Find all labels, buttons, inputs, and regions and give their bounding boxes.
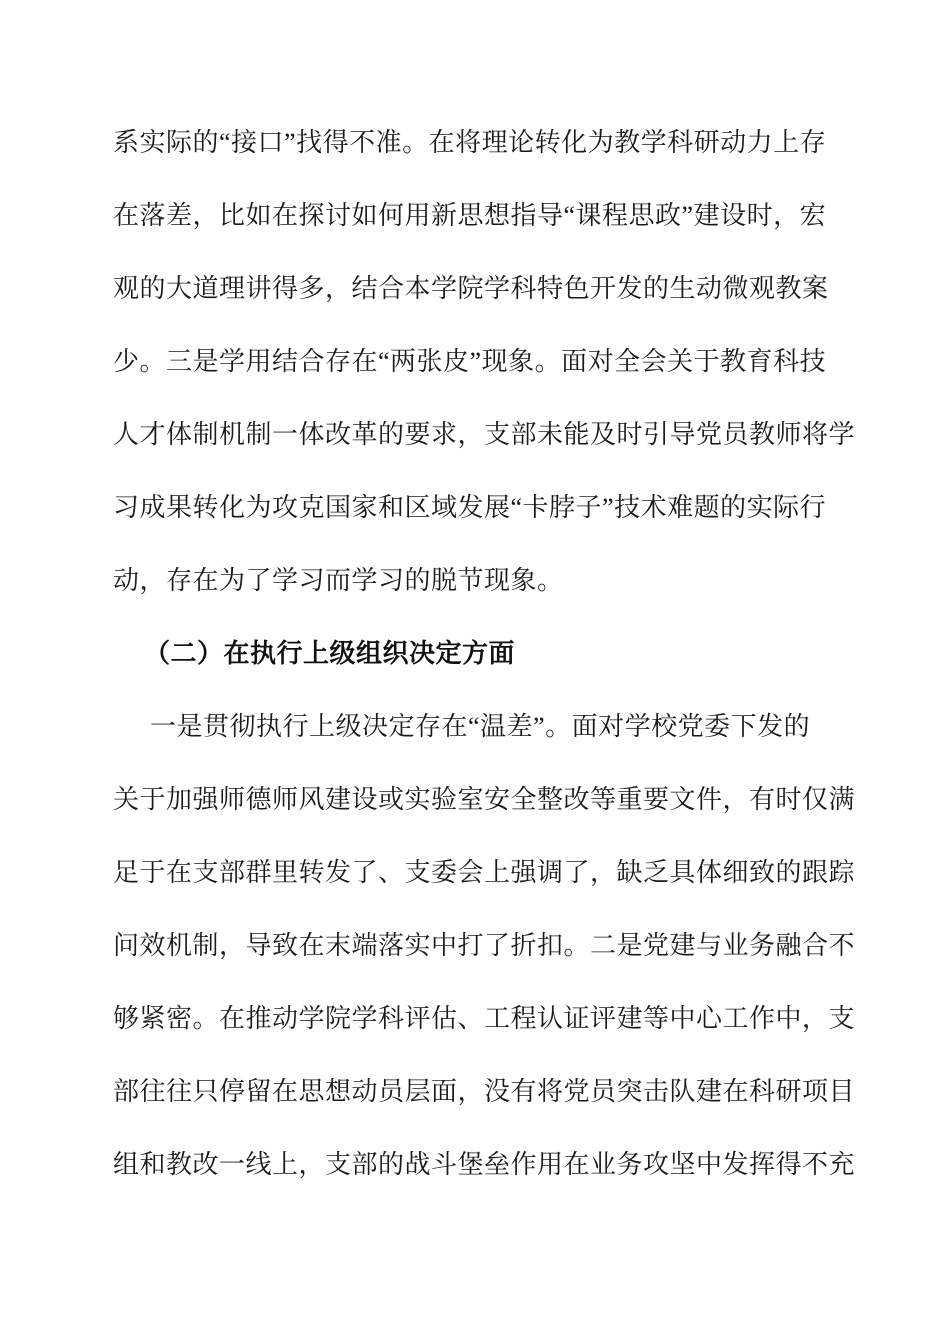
body-text-line: 观的大道理讲得多，结合本学院学科特色开发的生动微观教案	[113, 252, 853, 325]
body-text-line: 够紧密。在推动学院学科评估、工程认证评建等中心工作中，支	[113, 982, 853, 1055]
body-text-line: 一是贯彻执行上级决定存在“温差”。面对学校党委下发的	[113, 690, 853, 763]
body-text-line: 人才体制机制一体改革的要求，支部未能及时引导党员教师将学	[113, 398, 853, 471]
body-text-line: 习成果转化为攻克国家和区域发展“卡脖子”技术难题的实际行	[113, 471, 853, 544]
document-page: 系实际的“接口”找得不准。在将理论转化为教学科研动力上存 在落差，比如在探讨如何…	[0, 0, 950, 1344]
body-text-line: 系实际的“接口”找得不准。在将理论转化为教学科研动力上存	[113, 106, 853, 179]
section-heading: （二）在执行上级组织决定方面	[113, 617, 853, 690]
body-text-line: 少。三是学用结合存在“两张皮”现象。面对全会关于教育科技	[113, 325, 853, 398]
body-text-line: 问效机制，导致在末端落实中打了折扣。二是党建与业务融合不	[113, 909, 853, 982]
body-text-line: 关于加强师德师风建设或实验室安全整改等重要文件，有时仅满	[113, 763, 853, 836]
body-text-line: 在落差，比如在探讨如何用新思想指导“课程思政”建设时，宏	[113, 179, 853, 252]
body-text-line: 组和教改一线上，支部的战斗堡垒作用在业务攻坚中发挥得不充	[113, 1128, 853, 1201]
document-text-flow: 系实际的“接口”找得不准。在将理论转化为教学科研动力上存 在落差，比如在探讨如何…	[113, 106, 853, 1201]
body-text-line: 部往往只停留在思想动员层面，没有将党员突击队建在科研项目	[113, 1055, 853, 1128]
body-text-line: 足于在支部群里转发了、支委会上强调了，缺乏具体细致的跟踪	[113, 836, 853, 909]
body-text-line: 动，存在为了学习而学习的脱节现象。	[113, 544, 853, 617]
